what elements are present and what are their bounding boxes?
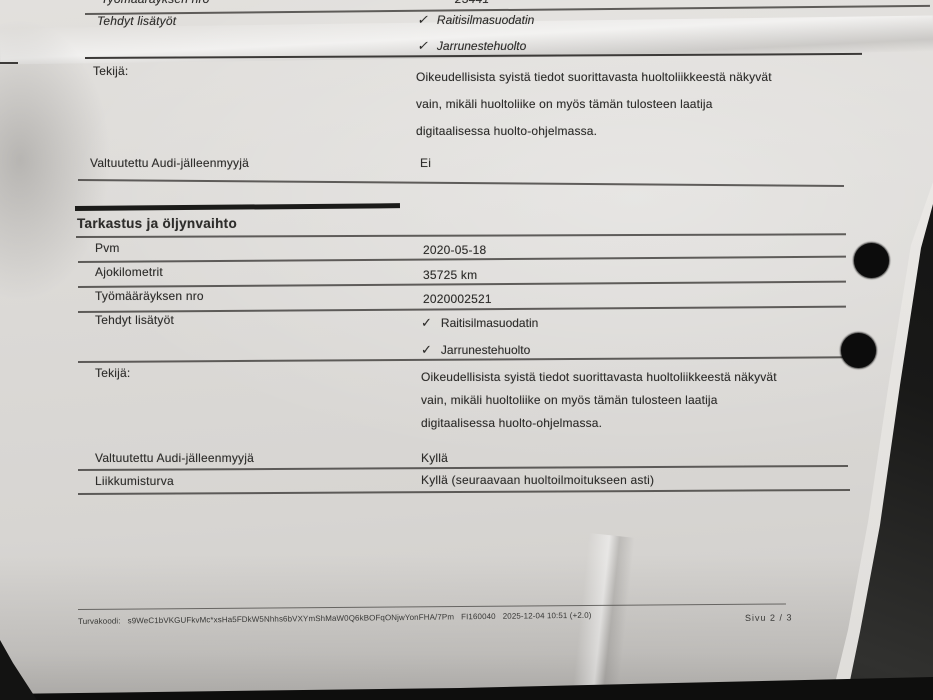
field-label-extras-top: Tehdyt lisätyöt <box>97 14 176 28</box>
field-label-author-top: Tekijä: <box>93 64 128 78</box>
checked-item-label: Raitisilmasuodatin <box>441 316 538 330</box>
field-label-author: Tekijä: <box>95 366 130 380</box>
author-legal-text: Oikeudellisista syistä tiedot suorittava… <box>416 64 772 145</box>
legal-line: digitaalisessa huolto-ohjelmassa. <box>421 412 777 435</box>
checkmark-icon: ✓ <box>417 38 428 54</box>
print-timestamp: 2025-12-04 10:51 (+2.0) <box>503 611 592 621</box>
field-value-date: 2020-05-18 <box>423 243 486 257</box>
checkmark-icon: ✓ <box>421 342 432 358</box>
field-label-mobility: Liikkumisturva <box>95 474 174 488</box>
legal-line: vain, mikäli huoltoliike on myös tämän t… <box>416 91 772 118</box>
checked-item: ✓Jarrunestehuolto <box>417 38 526 54</box>
checked-item-label: Jarrunestehuolto <box>441 343 530 357</box>
field-label-work-order: Työmääräyksen nro <box>95 289 204 303</box>
legal-line: digitaalisessa huolto-ohjelmassa. <box>416 118 772 145</box>
redaction-dot <box>854 243 889 278</box>
field-label-work-order-top: Työmääräyksen nro <box>101 0 210 6</box>
section-heading: Tarkastus ja öljynvaihto <box>77 216 237 231</box>
document-photo: Työmääräyksen nro 23441 Tehdyt lisätyöt … <box>0 0 933 700</box>
page-indicator: Sivu 2 / 3 <box>745 612 793 623</box>
security-code-label: Turvakoodi: <box>78 616 121 626</box>
field-value-dealer: Kyllä <box>421 451 448 465</box>
checkmark-icon: ✓ <box>417 12 428 28</box>
field-label-dealer-top: Valtuutettu Audi-jälleenmyyjä <box>90 156 249 170</box>
field-value-work-order-top: 23441 <box>455 0 489 6</box>
field-label-mileage: Ajokilometrit <box>95 265 163 279</box>
checked-item-label: Raitisilmasuodatin <box>437 13 534 27</box>
field-label-dealer: Valtuutettu Audi-jälleenmyyjä <box>95 451 254 465</box>
redaction-dot <box>841 333 876 368</box>
field-value-dealer-top: Ei <box>420 156 431 170</box>
field-label-extras: Tehdyt lisätyöt <box>95 313 174 327</box>
checkmark-icon: ✓ <box>421 315 432 331</box>
field-value-mobility: Kyllä (seuraavaan huoltoilmoitukseen ast… <box>421 473 654 487</box>
legal-line: Oikeudellisista syistä tiedot suorittava… <box>421 366 777 389</box>
divider-fragment <box>0 62 18 64</box>
legal-line: vain, mikäli huoltoliike on myös tämän t… <box>421 389 777 412</box>
checked-item-label: Jarrunestehuolto <box>437 39 526 53</box>
legal-line: Oikeudellisista syistä tiedot suorittava… <box>416 64 772 91</box>
field-label-date: Pvm <box>95 241 120 255</box>
checked-item: ✓Raitisilmasuodatin <box>417 12 534 28</box>
facility-code: FI160040 <box>461 612 496 621</box>
author-legal-text: Oikeudellisista syistä tiedot suorittava… <box>421 366 777 435</box>
checked-item: ✓Jarrunestehuolto <box>421 342 530 358</box>
field-value-work-order: 2020002521 <box>423 292 492 306</box>
field-value-mileage: 35725 km <box>423 268 477 282</box>
checked-item: ✓Raitisilmasuodatin <box>421 315 538 331</box>
